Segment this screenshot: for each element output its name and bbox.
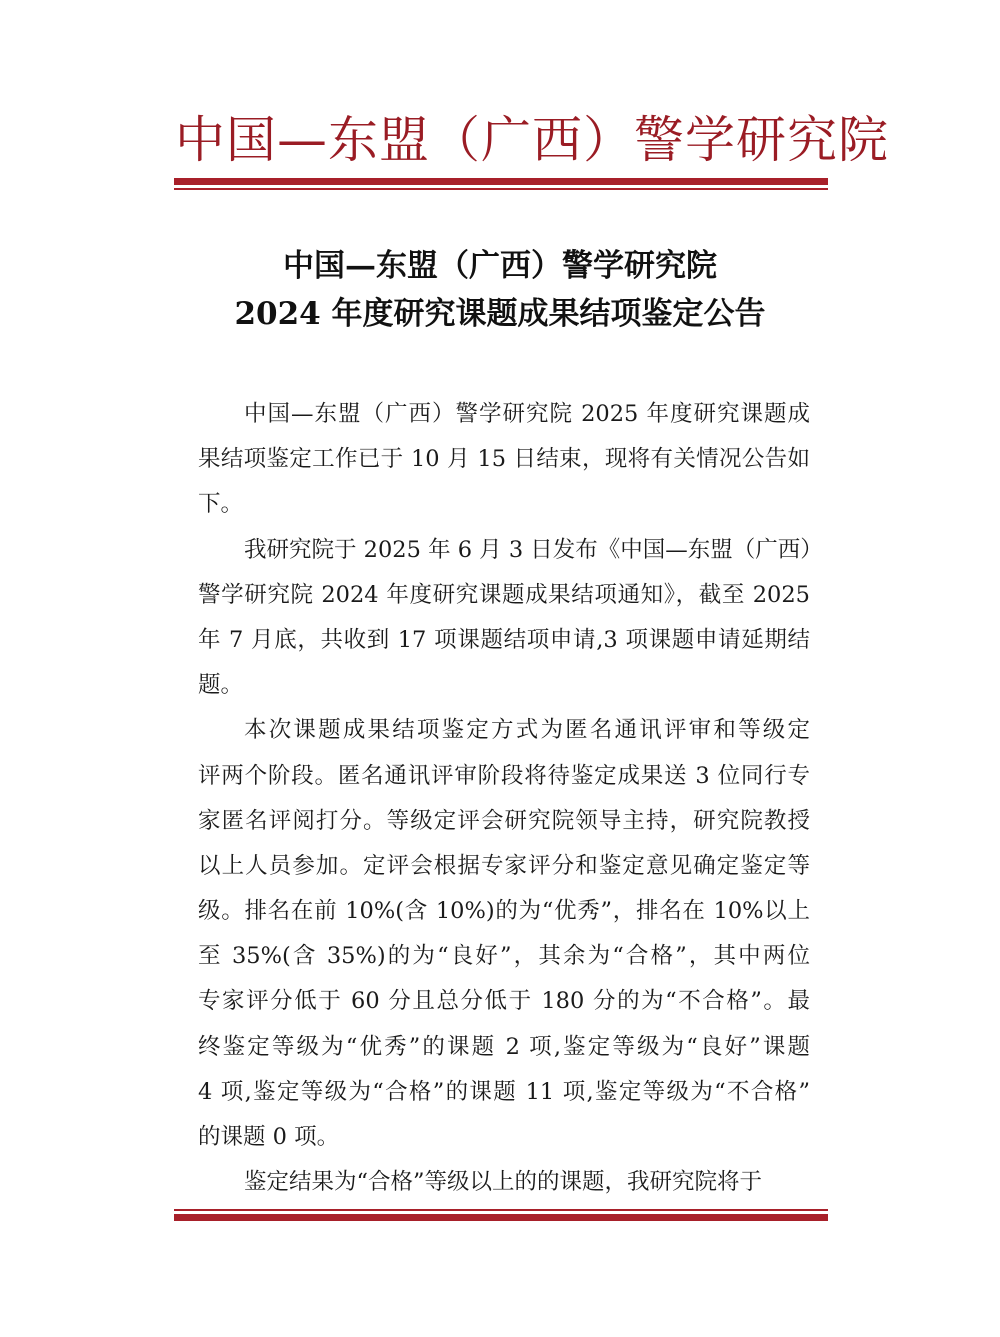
paragraph-line: 4 项,鉴定等级为“合格”的课题 11 项,鉴定等级为“不合格” [198,1070,810,1115]
notice-body: 中国—东盟（广西）警学研究院 2025 年度研究课题成 果结项鉴定工作已于 10… [198,392,810,1205]
paragraph-line: 评两个阶段。匿名通讯评审阶段将待鉴定成果送 3 位同行专 [198,754,810,799]
paragraph-line: 至 35%(含 35%)的为“良好”，其余为“合格”，其中两位 [198,934,810,979]
paragraph-line: 以上人员参加。定评会根据专家评分和鉴定意见确定鉴定等 [198,844,810,889]
paragraph-line: 专家评分低于 60 分且总分低于 180 分的为“不合格”。最 [198,979,810,1024]
paragraph-3: 本次课题成果结项鉴定方式为匿名通讯评审和等级定 评两个阶段。匿名通讯评审阶段将待… [198,708,810,1160]
paragraph-line: 级。排名在前 10%(含 10%)的为“优秀”，排名在 10%以上 [198,889,810,934]
paragraph-line: 终鉴定等级为“优秀”的课题 2 项,鉴定等级为“良好”课题 [198,1025,810,1070]
paragraph-line: 年 7 月底，共收到 17 项课题结项申请,3 项课题申请延期结 [198,618,810,663]
paragraph-line: 题。 [198,663,810,708]
paragraph-line: 本次课题成果结项鉴定方式为匿名通讯评审和等级定 [198,708,810,753]
paragraph-line: 家匿名评阅打分。等级定评会研究院领导主持，研究院教授 [198,799,810,844]
paragraph-line: 果结项鉴定工作已于 10 月 15 日结束，现将有关情况公告如 [198,437,810,482]
paragraph-4: 鉴定结果为“合格”等级以上的的课题，我研究院将于 [198,1160,810,1205]
paragraph-line: 中国—东盟（广西）警学研究院 2025 年度研究课题成 [198,392,810,437]
masthead-org-name: 中国—东盟（广西）警学研究院 [175,108,825,172]
paragraph-line: 下。 [198,482,810,527]
paragraph-2: 我研究院于 2025 年 6 月 3 日发布《中国—东盟（广西） 警学研究院 2… [198,528,810,709]
paragraph-line: 的课题 0 项。 [198,1115,810,1160]
paragraph-line: 警学研究院 2024 年度研究课题成果结项通知》，截至 2025 [198,573,810,618]
notice-title-line-1: 中国—东盟（广西）警学研究院 [150,244,850,288]
masthead-divider [174,178,828,190]
paragraph-1: 中国—东盟（广西）警学研究院 2025 年度研究课题成 果结项鉴定工作已于 10… [198,392,810,528]
footer-divider [174,1209,828,1221]
paragraph-line: 我研究院于 2025 年 6 月 3 日发布《中国—东盟（广西） [198,528,810,573]
paragraph-line: 鉴定结果为“合格”等级以上的的课题，我研究院将于 [198,1160,810,1205]
notice-title-line-2: 2024 年度研究课题成果结项鉴定公告 [150,292,850,336]
